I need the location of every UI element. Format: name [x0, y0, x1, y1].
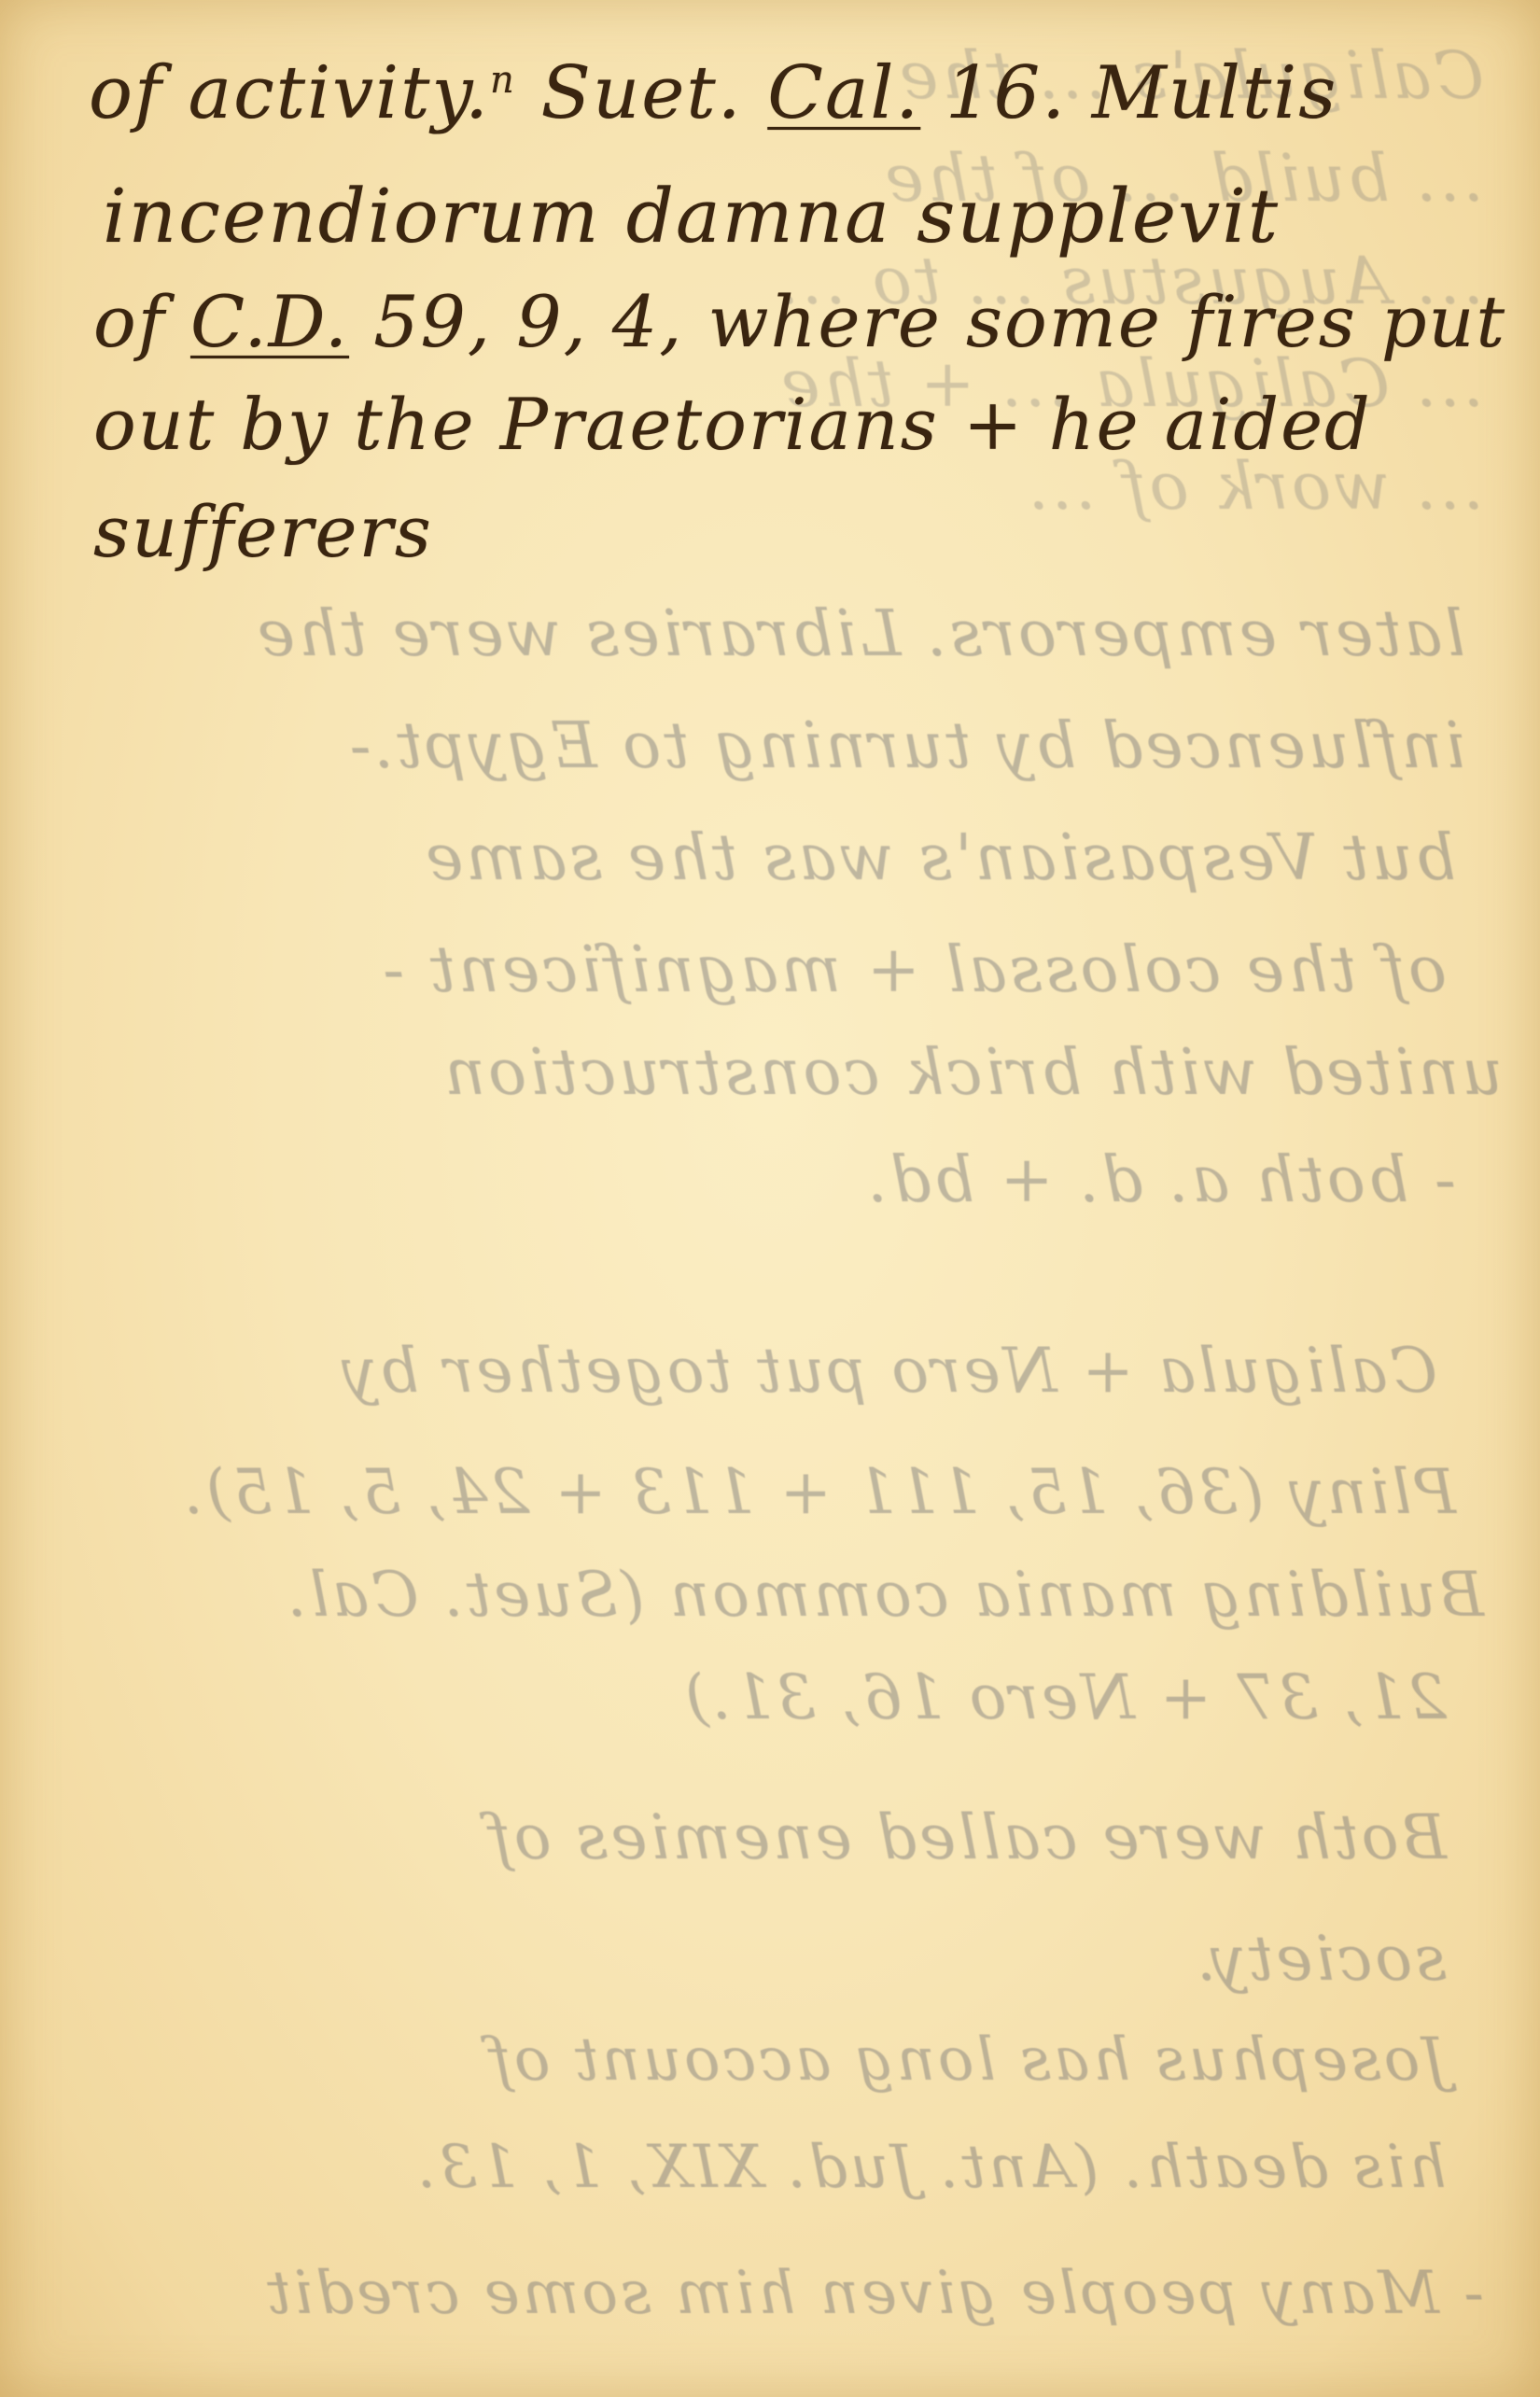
- bleed-line: united with brick construction: [441, 1036, 1503, 1110]
- note-card-page: Caligula's ... the ... build ... of the …: [0, 0, 1540, 2397]
- bleed-line: - both a. d. + bd.: [864, 1143, 1456, 1217]
- bleed-line: his death. (Ant. Jud. XIX, 1, 13.: [414, 2133, 1447, 2202]
- bleed-line: society.: [1194, 1923, 1447, 1995]
- bleed-line: Josephus has long account of: [486, 2026, 1447, 2095]
- bleed-line: of the colossal + magnificent -: [380, 933, 1447, 1007]
- bleed-line: Both were called enemies of: [485, 1801, 1447, 1873]
- bleed-line: Pliny (36, 15, 111 + 113 + 24, 5, 15).: [181, 1456, 1456, 1528]
- bleed-line: 21, 37 + Nero 16, 31.): [682, 1661, 1447, 1733]
- bleed-line: Building mania common (Suet. Cal.: [285, 1559, 1484, 1631]
- bleed-line: but Vespasian's was the same: [423, 821, 1456, 895]
- bleed-line: later emperors. Libraries were the: [255, 597, 1465, 671]
- bleed-line: influenced by turning to Egypt.-: [347, 709, 1465, 783]
- bleed-through-block: later emperors. Libraries were the influ…: [0, 0, 1540, 2397]
- bleed-line: Caligula + Nero put together by: [339, 1335, 1437, 1407]
- bleed-line: - Many people given him some credit: [264, 2259, 1484, 2328]
